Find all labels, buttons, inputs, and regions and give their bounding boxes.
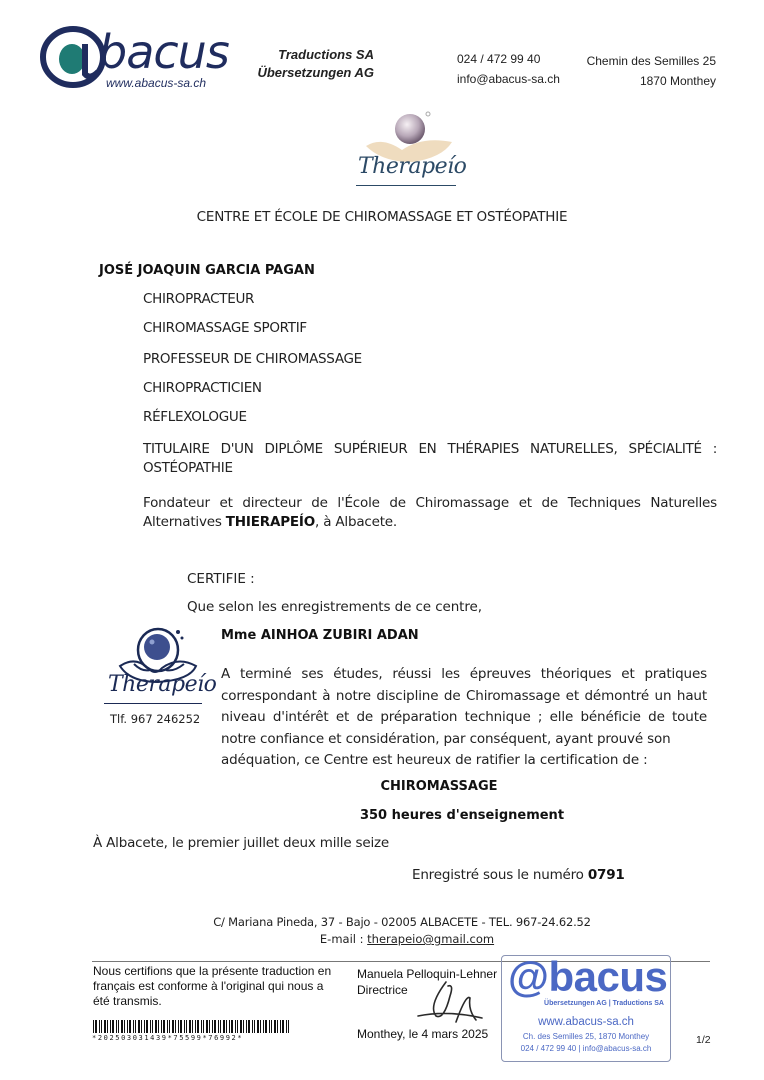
barcode-icon xyxy=(93,1020,289,1033)
abacus-stamp: @bacus Übersetzungen AG | Traductions SA… xyxy=(501,955,671,1062)
certifier-title: CHIROPRACTICIEN xyxy=(143,380,262,396)
letterhead-email: info@abacus-sa.ch xyxy=(457,69,560,89)
founder-location: , à Albacete. xyxy=(315,514,397,530)
certificate-intro: Que selon les enregistrements de ce cent… xyxy=(187,599,482,615)
stamp-subtitle: Übersetzungen AG | Traductions SA xyxy=(502,1000,670,1007)
company-names: Traductions SA Übersetzungen AG xyxy=(244,46,374,82)
certificate-paragraph: A terminé ses études, réussi les épreuve… xyxy=(221,664,707,772)
letterhead-street: Chemin des Semilles 25 xyxy=(560,51,716,71)
certifie-label: CERTIFIE : xyxy=(187,571,255,587)
letterhead-contact: 024 / 472 99 40 info@abacus-sa.ch xyxy=(457,49,560,89)
footer-address: C/ Mariana Pineda, 37 - Bajo - 02005 ALB… xyxy=(0,915,764,929)
certifier-name: JOSÉ JOAQUIN GARCIA PAGAN xyxy=(99,263,315,278)
therapeio-wordmark: Therapeío xyxy=(358,154,466,179)
stamp-logo: @bacus xyxy=(508,952,667,1002)
company-name-fr: Traductions SA xyxy=(244,46,374,64)
therapeio-phone: Tlf. 967 246252 xyxy=(110,712,200,726)
signature-icon xyxy=(398,976,498,1032)
abacus-website: www.abacus-sa.ch xyxy=(106,76,206,90)
school-name: THIERAPEÍO xyxy=(226,514,315,530)
translation-note: Nous certifions que la présente traducti… xyxy=(93,964,343,1009)
stamp-contact: 024 / 472 99 40 | info@abacus-sa.ch xyxy=(502,1044,670,1053)
certifier-title: RÉFLEXOLOGUE xyxy=(143,409,247,425)
registration-value: 0791 xyxy=(588,867,625,883)
email-link[interactable]: therapeio@gmail.com xyxy=(367,932,494,946)
stamp-address: Ch. des Semilles 25, 1870 Monthey xyxy=(502,1032,670,1041)
paragraph-body: A terminé ses études, réussi les épreuve… xyxy=(221,664,707,750)
logo-underline xyxy=(104,703,202,704)
email-label: E-mail : xyxy=(320,932,364,946)
student-name: Mme AINHOA ZUBIRI ADAN xyxy=(221,628,419,643)
at-sign-icon xyxy=(40,26,106,88)
paragraph-last-line: adéquation, ce Centre est heureux de rat… xyxy=(221,750,707,772)
registration-label: Enregistré sous le numéro xyxy=(412,867,588,883)
therapeio-side-wordmark: Therapeío xyxy=(108,672,216,697)
company-name-de: Übersetzungen AG xyxy=(244,64,374,82)
registration-number: Enregistré sous le numéro 0791 xyxy=(412,867,625,883)
certification-subject: CHIROMASSAGE xyxy=(0,779,764,794)
abacus-logo: bacus www.abacus-sa.ch xyxy=(40,26,240,92)
place-and-date: À Albacete, le premier juillet deux mill… xyxy=(93,835,389,851)
letterhead-city: 1870 Monthey xyxy=(560,71,716,91)
page-number: 1/2 xyxy=(696,1034,711,1046)
letterhead-phone: 024 / 472 99 40 xyxy=(457,49,560,69)
logo-underline xyxy=(356,185,456,186)
footer-email-line: E-mail : therapeio@gmail.com xyxy=(0,932,764,946)
barcode-text: *202503031439*75599*76992* xyxy=(92,1034,243,1042)
certifier-title: CHIROMASSAGE SPORTIF xyxy=(143,320,307,336)
stamp-website: www.abacus-sa.ch xyxy=(502,1016,670,1028)
certifier-title: CHIROPRACTEUR xyxy=(143,291,254,307)
abacus-wordmark: bacus xyxy=(98,24,229,80)
therapeio-side-logo: Therapeío Tlf. 967 246252 xyxy=(100,626,210,726)
letterhead-address: Chemin des Semilles 25 1870 Monthey xyxy=(560,51,716,91)
certification-hours: 350 heures d'enseignement xyxy=(0,808,764,823)
certifier-title: PROFESSEUR DE CHIROMASSAGE xyxy=(143,351,362,367)
school-title: CENTRE ET ÉCOLE DE CHIROMASSAGE ET OSTÉO… xyxy=(0,209,764,225)
therapeio-logo: Therapeío xyxy=(352,108,462,190)
certifier-diploma: TITULAIRE D'UN DIPLÔME SUPÉRIEUR EN THÉR… xyxy=(143,440,717,478)
certifier-founder: Fondateur et directeur de l'École de Chi… xyxy=(143,494,717,532)
signature-date: Monthey, le 4 mars 2025 xyxy=(357,1027,488,1041)
